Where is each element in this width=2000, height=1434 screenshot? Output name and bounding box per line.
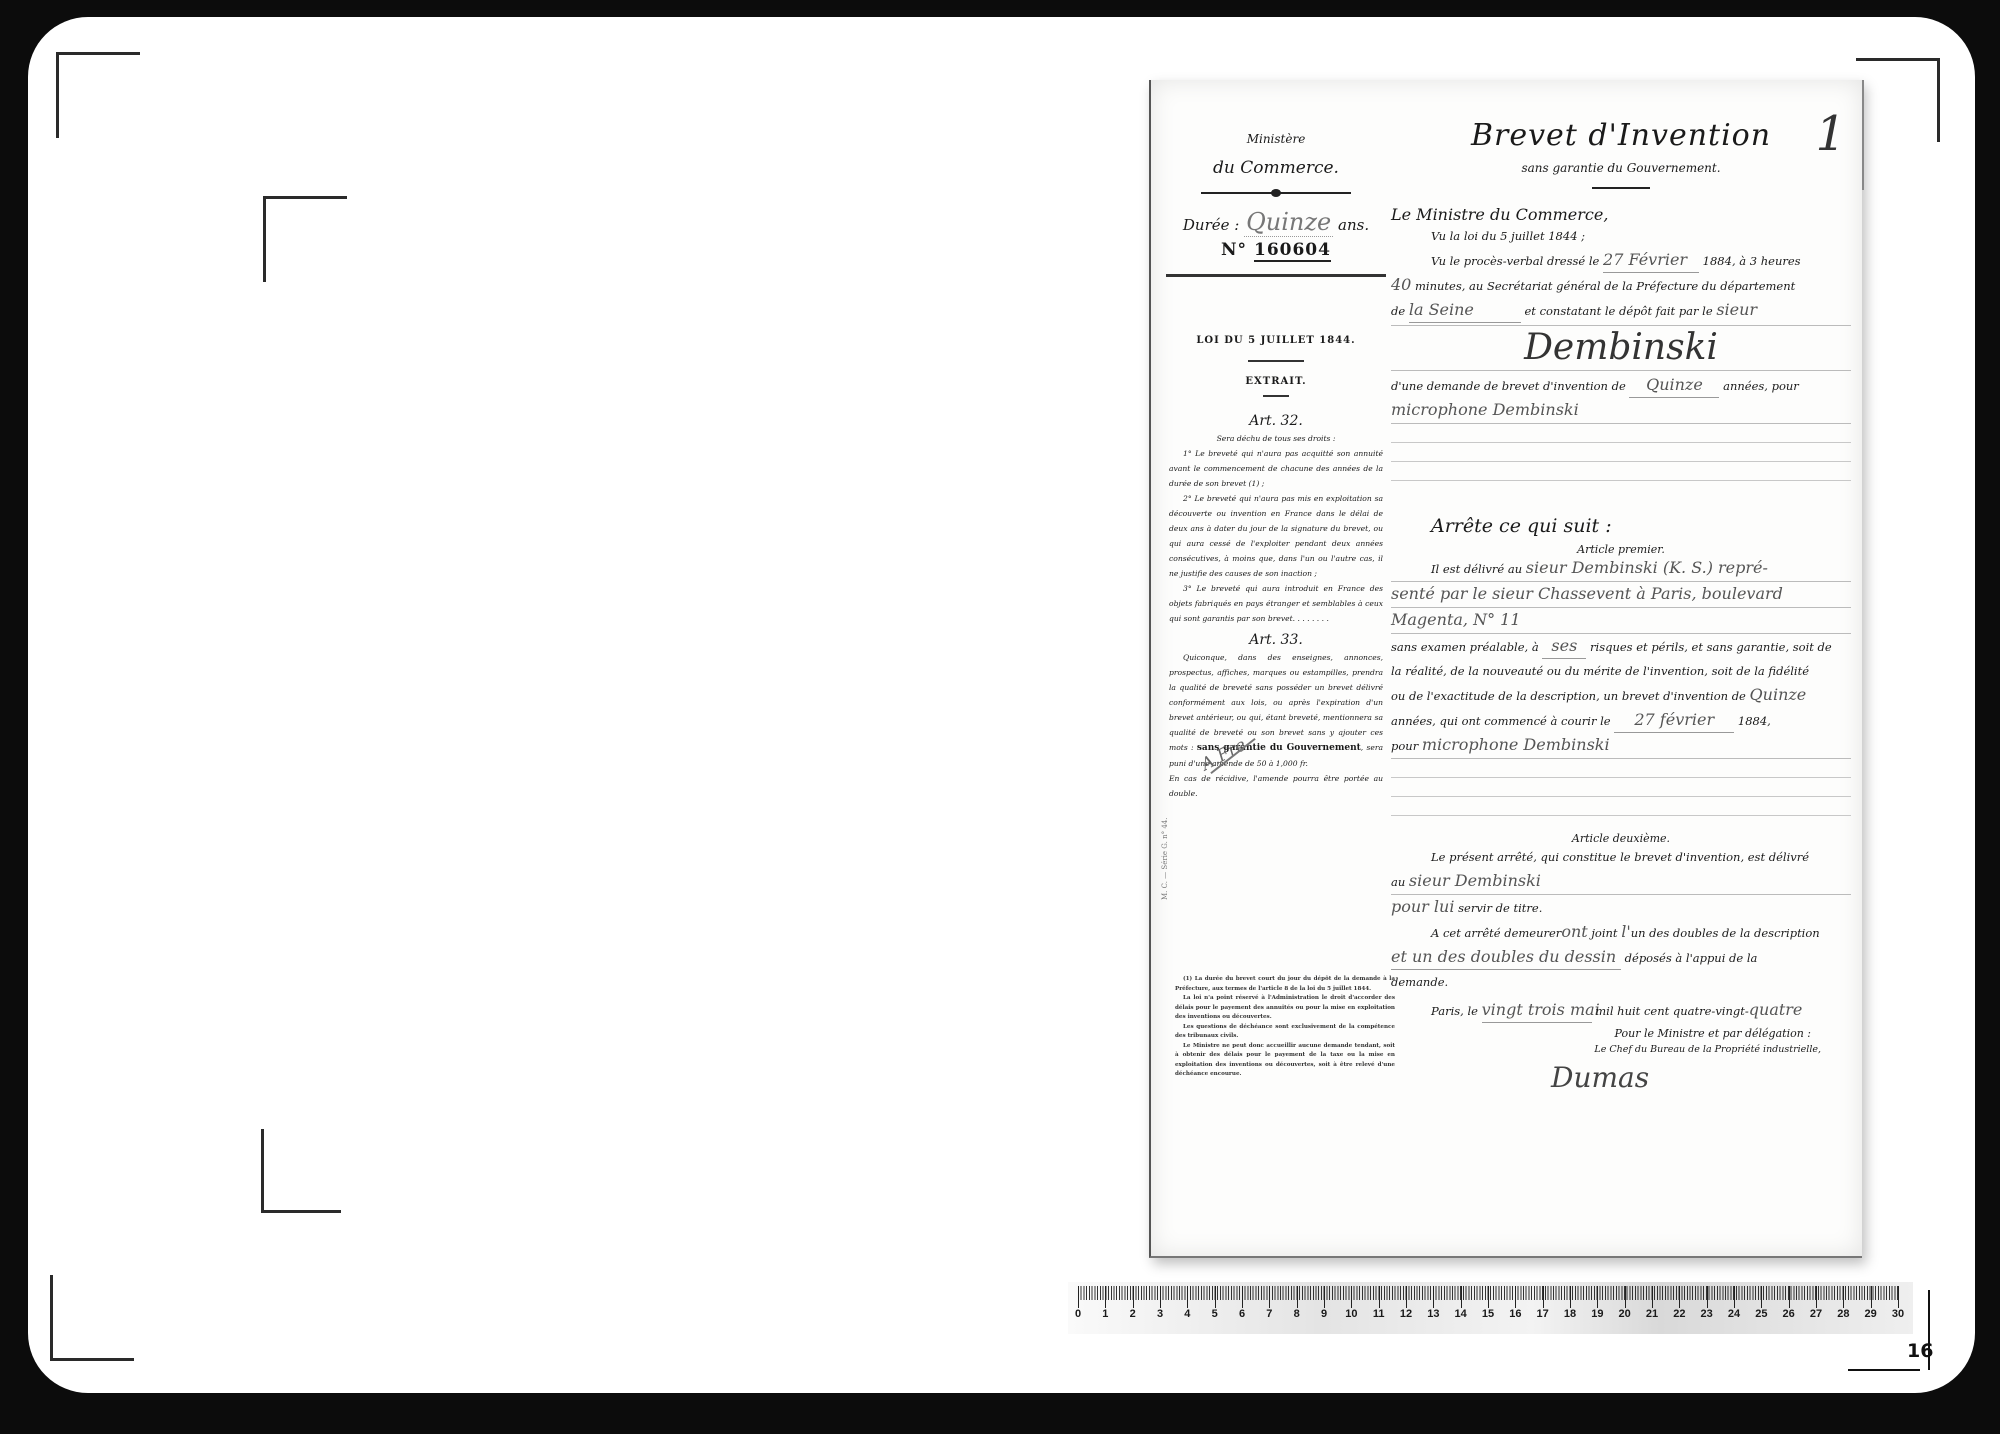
article-33-title: Art. 33.: [1161, 632, 1391, 648]
article-2-title: Article deuxième.: [1391, 832, 1851, 845]
art1-line-7: années, qui ont commencé à courir le 27 …: [1391, 708, 1851, 733]
patent-number: N° 160604: [1161, 240, 1391, 260]
minister-heading: Le Ministre du Commerce,: [1391, 205, 1851, 224]
article-32-para-1: 1° Le breveté qui n'aura pas acquitté so…: [1169, 446, 1383, 491]
bureau-chief-title: Le Chef du Bureau de la Propriété indust…: [1391, 1044, 1851, 1055]
art2-line-2: au sieur Dembinski: [1391, 869, 1851, 895]
ruler-label: 0: [1075, 1308, 1081, 1320]
ruler-major-tick: [1597, 1286, 1598, 1308]
ministry-name: du Commerce.: [1161, 158, 1391, 178]
ruler-label: 22: [1673, 1308, 1685, 1320]
ruler-label: 4: [1184, 1308, 1190, 1320]
ruler-label: 5: [1212, 1308, 1218, 1320]
art1-line-8: pour microphone Dembinski: [1391, 733, 1851, 759]
crop-mark-outer-top-left: [56, 52, 140, 138]
ruler-major-tick: [1187, 1286, 1188, 1308]
art2-line-5: et un des doubles du dessin déposés à l'…: [1391, 945, 1851, 970]
ruler-major-tick: [1078, 1286, 1079, 1308]
ruler-label: 29: [1865, 1308, 1877, 1320]
blank-line: [1391, 424, 1851, 443]
ruler-major-tick: [1734, 1286, 1735, 1308]
proces-verbal-line: Vu le procès-verbal dressé le 27 Février…: [1391, 248, 1851, 273]
start-date: 27 février: [1614, 708, 1734, 733]
crop-mark-inner-top-left: [263, 196, 347, 282]
applicant-name: Dembinski: [1391, 325, 1851, 371]
blank-line: [1391, 462, 1851, 481]
ruler-label: 18: [1564, 1308, 1576, 1320]
ruler-major-tick: [1133, 1286, 1134, 1308]
ruler-label: 10: [1345, 1308, 1357, 1320]
ruler-major-tick: [1105, 1286, 1106, 1308]
crop-mark-outer-bottom-left: [50, 1275, 134, 1361]
main-text-column: Brevet d'Invention 1 sans garantie du Go…: [1391, 118, 1851, 1094]
ruler-label: 15: [1482, 1308, 1494, 1320]
footnote-2: La loi n'a point réservé à l'Administrat…: [1175, 994, 1395, 1023]
blank-line: [1391, 443, 1851, 462]
ornament-divider: [1592, 187, 1650, 189]
art2-line-3: pour lui servir de titre.: [1391, 895, 1851, 920]
ruler-label: 24: [1728, 1308, 1740, 1320]
article-33-body: Quiconque, dans des enseignes, annonces,…: [1161, 650, 1391, 801]
divider: [1263, 395, 1289, 397]
ruler-label: 9: [1321, 1308, 1327, 1320]
footnote-3: Les questions de déchéance sont exclusiv…: [1175, 1023, 1395, 1042]
arrete-heading: Arrête ce qui suit :: [1391, 515, 1851, 537]
ruler-label: 20: [1619, 1308, 1631, 1320]
ruler-label: 19: [1591, 1308, 1603, 1320]
number-prefix: N°: [1221, 240, 1247, 260]
ruler-major-tick: [1351, 1286, 1352, 1308]
art2-line-1: Le présent arrêté, qui constitue le brev…: [1391, 845, 1851, 869]
filing-date: 27 Février: [1603, 248, 1699, 273]
signature: Dumas: [1391, 1061, 1851, 1094]
document-title: Brevet d'Invention: [1391, 118, 1851, 153]
divider: [1248, 360, 1304, 362]
ruler-major-tick: [1898, 1286, 1899, 1308]
art2-line-4: A cet arrêté demeureront joint l'un des …: [1391, 920, 1851, 945]
ruler-label: 13: [1427, 1308, 1439, 1320]
ruler-major-tick: [1816, 1286, 1817, 1308]
invention-title-line: microphone Dembinski: [1391, 398, 1851, 424]
law-title: LOI DU 5 JUILLET 1844.: [1161, 335, 1391, 346]
ruler-major-tick: [1843, 1286, 1844, 1308]
article-32-para-2: 2° Le breveté qui n'aura pas mis en expl…: [1169, 491, 1383, 581]
vu-loi-line: Vu la loi du 5 juillet 1844 ;: [1391, 224, 1851, 248]
ruler-label: 12: [1400, 1308, 1412, 1320]
blank-line: [1391, 778, 1851, 797]
article-1-title: Article premier.: [1391, 543, 1851, 556]
ministry-label: Ministère: [1161, 132, 1391, 146]
crop-mark-inner-bottom-left: [261, 1129, 341, 1213]
duration-unit: ans.: [1338, 216, 1369, 234]
page-number-frame: [1848, 1369, 1920, 1371]
ruler-label: 25: [1755, 1308, 1767, 1320]
page-edge: [1854, 80, 1864, 190]
ruler-major-tick: [1652, 1286, 1653, 1308]
ruler-major-tick: [1406, 1286, 1407, 1308]
ruler-label: 21: [1646, 1308, 1658, 1320]
ornament-divider: [1201, 192, 1351, 194]
demand-line: d'une demande de brevet d'invention de Q…: [1391, 373, 1851, 398]
ruler-label: 1: [1102, 1308, 1108, 1320]
measurement-ruler: 0123456789101112131415161718192021222324…: [1068, 1282, 1913, 1334]
ruler-major-tick: [1761, 1286, 1762, 1308]
ruler-major-tick: [1543, 1286, 1544, 1308]
art1-line-2: senté par le sieur Chassevent à Paris, b…: [1391, 582, 1851, 608]
ruler-major-tick: [1215, 1286, 1216, 1308]
article-32-body: Sera déchu de tous ses droits : 1° Le br…: [1161, 431, 1391, 626]
ruler-label: 27: [1810, 1308, 1822, 1320]
art2-line-6: demande.: [1391, 970, 1851, 994]
ruler-major-tick: [1488, 1286, 1489, 1308]
ruler-major-tick: [1679, 1286, 1680, 1308]
ruler-label: 8: [1294, 1308, 1300, 1320]
ruler-label: 2: [1130, 1308, 1136, 1320]
art1-line-4: sans examen préalable, à ses risques et …: [1391, 634, 1851, 659]
department-value: la Seine: [1409, 298, 1521, 323]
article-32-intro: Sera déchu de tous ses droits :: [1169, 431, 1383, 446]
duration-field: Durée : Quinze ans.: [1161, 208, 1391, 236]
ruler-major-tick: [1515, 1286, 1516, 1308]
blank-line: [1391, 797, 1851, 816]
footnote-4: Le Ministre ne peut donc accueillir aucu…: [1175, 1042, 1395, 1080]
date-line: Paris, le vingt trois mai mil huit cent …: [1391, 998, 1851, 1023]
ruler-label: 7: [1266, 1308, 1272, 1320]
duration-label: Durée :: [1183, 216, 1239, 234]
page-number: 16: [1907, 1340, 1933, 1362]
ruler-label: 16: [1509, 1308, 1521, 1320]
art1-line-3: Magenta, N° 11: [1391, 608, 1851, 634]
department-line: de la Seine et constatant le dépôt fait …: [1391, 298, 1851, 323]
ruler-label: 23: [1701, 1308, 1713, 1320]
article-32-para-3: 3° Le breveté qui aura introduit en Fran…: [1169, 581, 1383, 626]
ruler-major-tick: [1379, 1286, 1380, 1308]
invention-title: microphone Dembinski: [1391, 400, 1579, 419]
delegation-line: Pour le Ministre et par délégation :: [1391, 1027, 1851, 1040]
ruler-major-tick: [1242, 1286, 1243, 1308]
ruler-major-tick: [1871, 1286, 1872, 1308]
ruler-major-tick: [1570, 1286, 1571, 1308]
section-divider: [1166, 274, 1386, 277]
number-value: 160604: [1254, 240, 1331, 262]
ruler-label: 17: [1537, 1308, 1549, 1320]
footnote-1: (1) La durée du brevet court du jour du …: [1175, 975, 1395, 994]
article-33-para-1: Quiconque, dans des enseignes, annonces,…: [1169, 650, 1383, 771]
ruler-major-tick: [1269, 1286, 1270, 1308]
art1-line-5: la réalité, de la nouveauté ou du mérite…: [1391, 659, 1851, 683]
ruler-major-tick: [1433, 1286, 1434, 1308]
blank-line: [1391, 759, 1851, 778]
document-subtitle: sans garantie du Gouvernement.: [1391, 161, 1851, 175]
article-32-title: Art. 32.: [1161, 413, 1391, 429]
ruler-label: 14: [1455, 1308, 1467, 1320]
patent-document-page: Ministère du Commerce. Durée : Quinze an…: [1149, 80, 1862, 1258]
ruler-major-tick: [1297, 1286, 1298, 1308]
ruler-label: 28: [1837, 1308, 1849, 1320]
ruler-label: 30: [1892, 1308, 1904, 1320]
ruler-major-tick: [1625, 1286, 1626, 1308]
article-33-para-2: En cas de récidive, l'amende pourra être…: [1169, 771, 1383, 801]
issue-date: vingt trois mai: [1482, 998, 1592, 1023]
ruler-major-tick: [1707, 1286, 1708, 1308]
left-margin-column: Ministère du Commerce. Durée : Quinze an…: [1161, 130, 1391, 801]
folio-number: 1: [1815, 106, 1846, 162]
ruler-major-tick: [1789, 1286, 1790, 1308]
minutes-line: 40 minutes, au Secrétariat général de la…: [1391, 273, 1851, 298]
form-series-code: M. C. — Série G. n° 44.: [1161, 818, 1169, 900]
duration-value: Quinze: [1244, 208, 1333, 237]
art1-line-1: Il est délivré au sieur Dembinski (K. S.…: [1391, 556, 1851, 582]
extract-label: EXTRAIT.: [1161, 376, 1391, 387]
ruler-label: 11: [1373, 1308, 1385, 1320]
art1-line-6: ou de l'exactitude de la description, un…: [1391, 683, 1851, 708]
footnote-block: (1) La durée du brevet court du jour du …: [1175, 975, 1395, 1080]
ruler-major-tick: [1160, 1286, 1161, 1308]
ruler-label: 3: [1157, 1308, 1163, 1320]
ruler-label: 6: [1239, 1308, 1245, 1320]
ruler-major-tick: [1461, 1286, 1462, 1308]
ruler-major-tick: [1324, 1286, 1325, 1308]
crop-mark-outer-top-right: [1856, 58, 1940, 142]
demand-duration: Quinze: [1629, 373, 1719, 398]
ruler-label: 26: [1783, 1308, 1795, 1320]
